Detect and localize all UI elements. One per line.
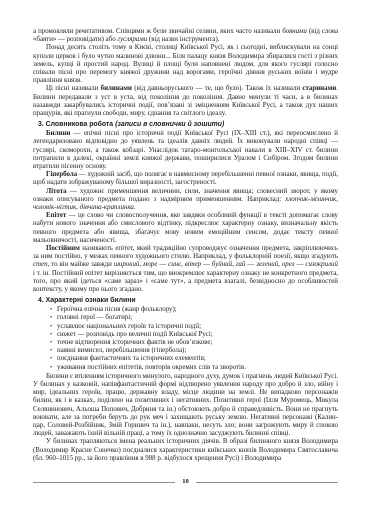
paragraph: Постійним називають епітет, який традиці… bbox=[33, 245, 338, 294]
text-run: — bbox=[157, 261, 168, 268]
feature-list: Героїчна епічна пісня (жанр фольклору);г… bbox=[33, 306, 338, 372]
text-run: Билини bbox=[46, 130, 70, 137]
text-run: Літота bbox=[46, 188, 67, 195]
text-run: билинами bbox=[101, 85, 132, 92]
text-run: Понад десять століть тому в Києві, столи… bbox=[33, 44, 338, 84]
text-run: — bbox=[201, 261, 212, 268]
text-run: і т. ін. Постійний епітет вирізняється т… bbox=[33, 270, 338, 293]
text-run: 4. Характерні ознаки билини bbox=[38, 297, 136, 304]
text-run: вітер bbox=[185, 261, 201, 268]
text-run: У билинах трапляються імена реальних іст… bbox=[33, 438, 338, 461]
text-run: (записи в словнички й зошити) bbox=[115, 121, 224, 128]
document-content: а промовляли речитативом. Співцями ж бул… bbox=[33, 28, 338, 463]
text-run: Билини є втіленням історичного минулого,… bbox=[33, 373, 338, 437]
text-run: Епітет bbox=[46, 212, 66, 219]
paragraph: Літота — художнє применшення величини, с… bbox=[33, 188, 338, 213]
text-run: головні герої — богатирі; bbox=[57, 314, 132, 321]
list-item: сюжет — розповідь про величні події Київ… bbox=[57, 331, 338, 339]
text-run: сизокрилий bbox=[305, 261, 338, 268]
paragraph: а промовляли речитативом. Співцями ж бул… bbox=[33, 28, 338, 44]
text-run: Гіпербола bbox=[46, 171, 77, 178]
text-run: море bbox=[143, 261, 157, 268]
text-run: зелений bbox=[256, 261, 278, 268]
text-run: широкий bbox=[114, 261, 140, 268]
list-item: уславлює національних героїв та історичн… bbox=[57, 323, 338, 331]
paragraph: Гіпербола — художній засіб, що полягає в… bbox=[33, 171, 338, 187]
page-footer: 10 bbox=[33, 478, 338, 486]
text-run: (від назви інструмента). bbox=[147, 36, 219, 43]
text-run: — епічні пісні про історичні події Київс… bbox=[33, 130, 338, 170]
list-item: уживання постійних епітетів, повторів ок… bbox=[57, 364, 338, 372]
text-run: (від давньоруського — те, що було). Тако… bbox=[132, 85, 302, 92]
text-run: степ bbox=[33, 261, 48, 268]
text-run: наявні вимисел, перебільшення (гіпербола… bbox=[57, 347, 186, 354]
text-run: гай bbox=[236, 261, 246, 268]
text-run: орел bbox=[282, 261, 295, 268]
text-run: гуслярами bbox=[117, 36, 147, 43]
section-heading: 4. Характерні ознаки билини bbox=[33, 297, 338, 305]
text-run: , то він майже завжди bbox=[48, 261, 114, 268]
document-page: а промовляли речитативом. Співцями ж бул… bbox=[0, 0, 370, 512]
text-run: . bbox=[134, 204, 136, 211]
text-run: Постійним bbox=[46, 245, 80, 252]
section-heading: 3. Словникова робота (записи в словнички… bbox=[33, 121, 338, 129]
text-run: Ці пісні називали bbox=[46, 85, 101, 92]
list-item: Героїчна епічна пісня (жанр фольклору); bbox=[57, 306, 338, 314]
list-item: точне відтворення історичних фактів не о… bbox=[57, 339, 338, 347]
text-run: 3. Словникова робота bbox=[38, 121, 115, 128]
text-run: точне відтворення історичних фактів не о… bbox=[57, 339, 212, 346]
paragraph: Епітет — це слово чи словосполучення, як… bbox=[33, 212, 338, 245]
paragraph: Билини є втіленням історичного минулого,… bbox=[33, 373, 338, 439]
page-number: 10 bbox=[182, 478, 189, 486]
text-run: сюжет — розповідь про величні події Київ… bbox=[57, 331, 213, 338]
list-item: головні герої — богатирі; bbox=[57, 314, 338, 322]
text-run: а промовляли речитативом. Співцями ж бул… bbox=[33, 28, 282, 35]
paragraph: Ці пісні називали билинами (від давньору… bbox=[33, 85, 338, 118]
list-item: поєднання фантастичних та історичних еле… bbox=[57, 355, 338, 363]
text-run: уживання постійних епітетів, повторів ок… bbox=[57, 364, 246, 371]
text-run: синє bbox=[168, 261, 181, 268]
text-run: поєднання фантастичних та історичних еле… bbox=[57, 355, 206, 362]
text-run: старинами bbox=[302, 85, 336, 92]
list-item: наявні вимисел, перебільшення (гіпербола… bbox=[57, 347, 338, 355]
text-run: — це слово чи словосполучення, яке завдя… bbox=[33, 212, 338, 244]
text-run: — художній засіб, що полягає в навмисном… bbox=[33, 171, 338, 186]
paragraph: Билини — епічні пісні про історичні поді… bbox=[33, 130, 338, 171]
text-run: боянами bbox=[282, 28, 307, 35]
text-run: Героїчна епічна пісня (жанр фольклору); bbox=[57, 306, 177, 313]
paragraph: Понад десять століть тому в Києві, столи… bbox=[33, 44, 338, 85]
text-run: — bbox=[295, 261, 306, 268]
text-run: — bbox=[245, 261, 256, 268]
paragraph: У билинах трапляються імена реальних іст… bbox=[33, 438, 338, 463]
footer-rule-right bbox=[196, 482, 338, 483]
footer-rule-left bbox=[33, 482, 175, 483]
text-run: буйний bbox=[212, 261, 232, 268]
text-run: уславлює національних героїв та історичн… bbox=[57, 323, 201, 330]
